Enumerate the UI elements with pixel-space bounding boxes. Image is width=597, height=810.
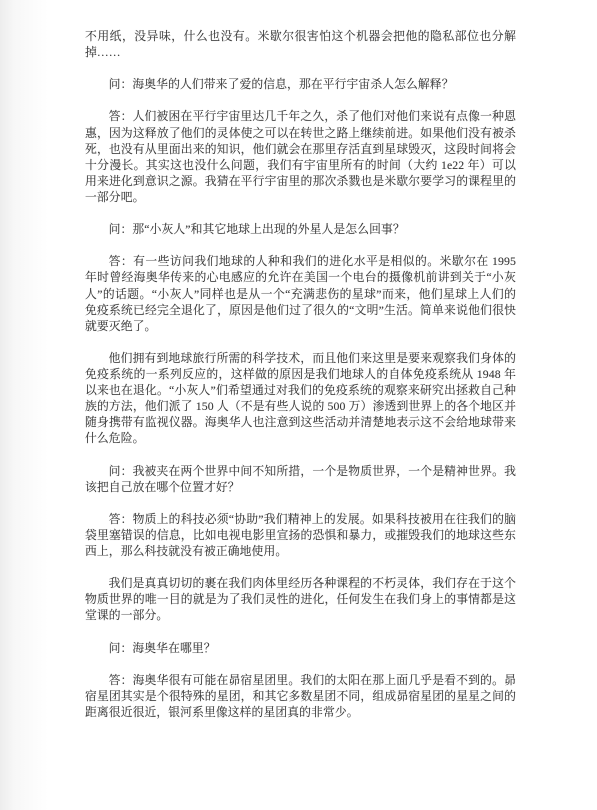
answer-paragraph: 答：海奥华很有可能在昴宿星团里。我们的太阳在那上面几乎是看不到的。昴宿星团其实是… xyxy=(85,672,516,720)
question-paragraph: 问：海奥华的人们带来了爱的信息，那在平行宇宙杀人怎么解释？ xyxy=(85,76,516,92)
scanned-document-page: 不用纸，没异味，什么也没有。米歇尔很害怕这个机器会把他的隐私部位也分解掉…… 问… xyxy=(0,0,597,810)
answer-paragraph: 答：物质上的科技必须“协助”我们精神上的发展。如果科技被用在往我们的脑袋里塞错误… xyxy=(85,511,516,559)
body-continuation-paragraph: 不用纸，没异味，什么也没有。米歇尔很害怕这个机器会把他的隐私部位也分解掉…… xyxy=(85,28,516,60)
document-text: 不用纸，没异味，什么也没有。米歇尔很害怕这个机器会把他的隐私部位也分解掉…… 问… xyxy=(85,28,516,720)
question-paragraph: 问：那“小灰人”和其它地球上出现的外星人是怎么回事？ xyxy=(85,221,516,237)
answer-paragraph: 答：有一些访问我们地球的人种和我们的进化水平是相似的。米歇尔在 1995 年时曾… xyxy=(85,253,516,333)
answer-paragraph: 答：人们被困在平行宇宙里达几千年之久，杀了他们对他们来说有点像一种恩惠，因为这释… xyxy=(85,108,516,205)
question-paragraph: 问：海奥华在哪里？ xyxy=(85,640,516,656)
question-paragraph: 问：我被夹在两个世界中间不知所措，一个是物质世界，一个是精神世界。我该把自己放在… xyxy=(85,463,516,495)
answer-paragraph: 他们拥有到地球旅行所需的科学技术，而且他们来这里是要来观察我们身体的免疫系统的一… xyxy=(85,350,516,447)
answer-paragraph: 我们是真真切切的裹在我们肉体里经历各种课程的不朽灵体，我们存在于这个物质世界的唯… xyxy=(85,575,516,623)
